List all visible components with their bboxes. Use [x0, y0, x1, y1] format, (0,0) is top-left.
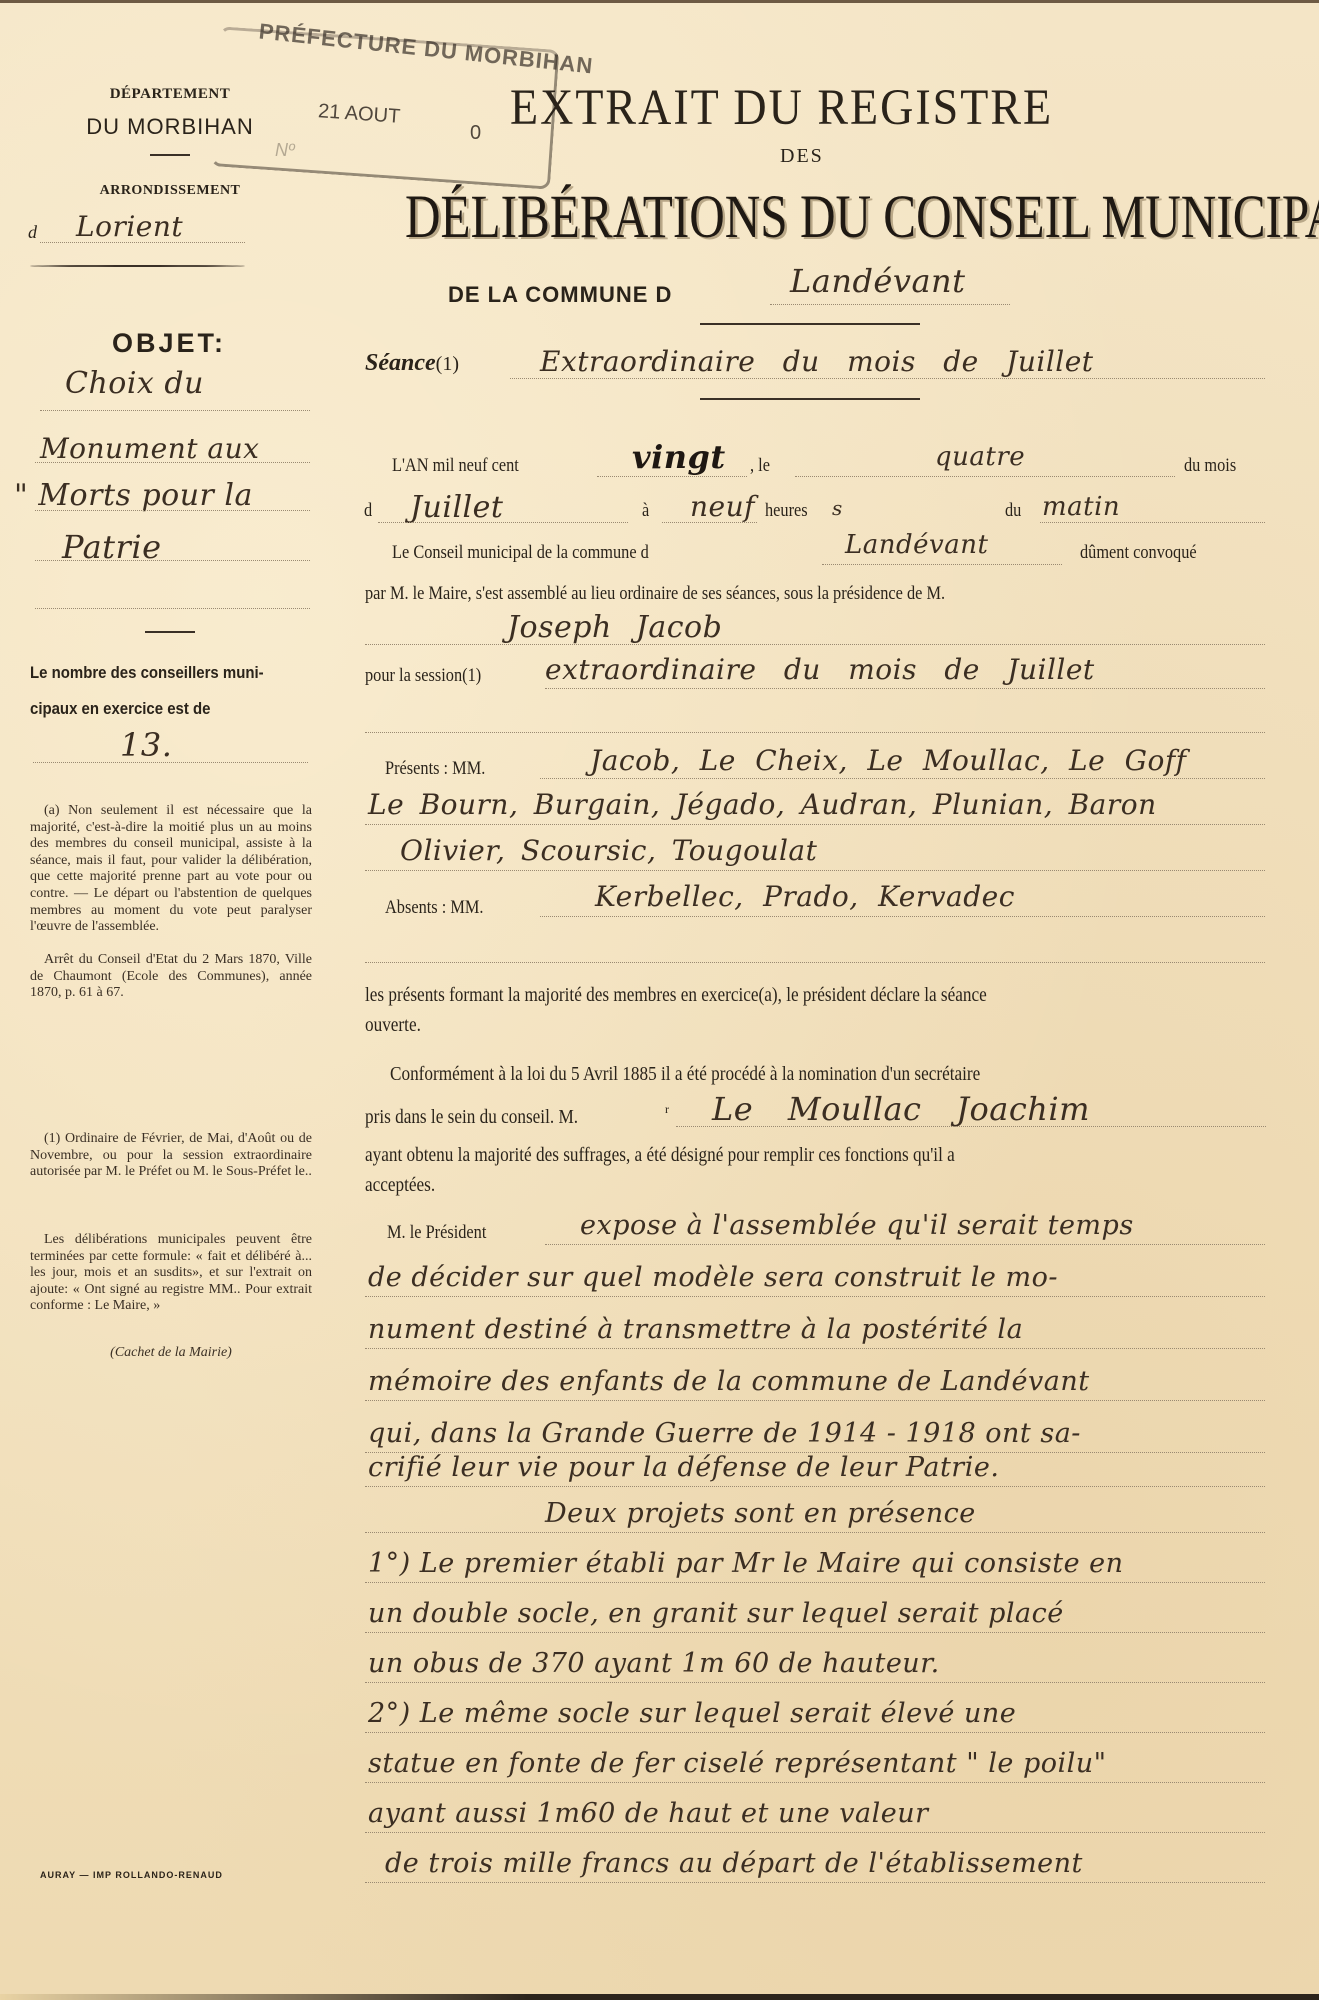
- dotted-line: [365, 1832, 1265, 1833]
- document-page: PRÉFECTURE DU MORBIHAN 21 AOUT 0 Nº DÉPA…: [0, 0, 1319, 2000]
- conseil-commune-value: Landévant: [845, 530, 988, 560]
- president-label: M. le Président: [387, 1222, 486, 1244]
- dotted-line: [795, 476, 1175, 477]
- presents-line-3: Olivier, Scoursic, Tougoulat: [400, 834, 817, 867]
- dotted-line: [540, 778, 1265, 779]
- dotted-line: [35, 462, 310, 463]
- dotted-line: [365, 962, 1265, 963]
- divider: [150, 154, 190, 156]
- dotted-line: [365, 644, 1265, 645]
- dotted-line: [365, 732, 1265, 733]
- dotted-line: [365, 1486, 1265, 1487]
- note-1: (1) Ordinaire de Février, de Mai, d'Août…: [30, 1131, 312, 1181]
- pris-suffix: r: [665, 1102, 669, 1117]
- mois-value: Juillet: [410, 490, 503, 525]
- deliberation-line-4: mémoire des enfants de la commune de Lan…: [368, 1366, 1090, 1397]
- divider: [700, 323, 920, 325]
- ornament-rule: [30, 265, 245, 267]
- session-label: pour la session(1): [365, 665, 481, 687]
- assemble-text: par M. le Maire, s'est assemblé au lieu …: [365, 583, 945, 605]
- dotted-line: [510, 378, 1265, 379]
- dotted-line: [597, 476, 747, 477]
- dotted-line: [662, 522, 757, 523]
- arrondissement-label: ARRONDISSEMENT: [70, 183, 270, 199]
- dotted-line: [365, 1296, 1265, 1297]
- ouverte-text: ouverte.: [365, 1014, 421, 1037]
- dotted-line: [378, 522, 628, 523]
- objet-line-1: Choix du: [65, 366, 204, 401]
- dotted-line: [365, 1582, 1265, 1583]
- conseillers-line-1: Le nombre des conseillers muni-: [30, 655, 312, 691]
- presents-label: Présents : MM.: [385, 758, 485, 780]
- dotted-line: [540, 916, 1265, 917]
- dotted-line: [40, 410, 310, 411]
- deliberation-line-11: 2°) Le même socle sur lequel serait élev…: [368, 1698, 1016, 1729]
- deliberation-line-9: un double socle, en granit sur lequel se…: [368, 1598, 1064, 1629]
- deliberation-line-6: crifié leur vie pour la défense de leur …: [368, 1452, 999, 1483]
- dotted-line: [35, 560, 310, 561]
- pris-text: pris dans le sein du conseil. M.: [365, 1106, 578, 1129]
- deliberation-line-1: expose à l'assemblée qu'il serait temps: [580, 1210, 1134, 1241]
- dotted-line: [1040, 522, 1265, 523]
- commune-label: DE LA COMMUNE D: [448, 282, 672, 308]
- conseillers-value: 13.: [120, 726, 172, 764]
- deliberation-line-14: de trois mille francs au départ de l'éta…: [385, 1848, 1083, 1879]
- ayant-text: ayant obtenu la majorité des suffrages, …: [365, 1144, 955, 1167]
- dotted-line: [365, 1532, 1265, 1533]
- conseil-label: Le Conseil municipal de la commune d: [392, 542, 649, 564]
- divider: [145, 631, 195, 633]
- printer-mark: AURAY — IMP ROLLANDO-RENAUD: [40, 1870, 223, 1880]
- majorite-text: les présents formant la majorité des mem…: [365, 984, 987, 1007]
- deliberation-line-8: 1°) Le premier établi par Mr le Maire qu…: [368, 1548, 1124, 1579]
- note-a: (a) Non seulement il est nécessaire que …: [30, 803, 312, 936]
- bottom-edge: [0, 1994, 1319, 2000]
- du-label: du: [1005, 500, 1021, 522]
- heures-label: heures: [765, 500, 808, 522]
- title-line-1: EXTRAIT DU REGISTRE: [510, 78, 1053, 136]
- absents-value: Kerbellec, Prado, Kervadec: [595, 880, 1015, 913]
- dotted-line: [365, 870, 1265, 871]
- jour-value: quatre: [935, 442, 1025, 472]
- deliberation-line-12: statue en fonte de fer ciselé représenta…: [368, 1748, 1107, 1779]
- convoque-label: dûment convoqué: [1080, 542, 1197, 564]
- dotted-line: [35, 510, 310, 511]
- dotted-line: [365, 1732, 1265, 1733]
- acceptees-text: acceptées.: [365, 1174, 435, 1197]
- dotted-line: [365, 824, 1265, 825]
- seance-field: Séance(1): [365, 350, 459, 377]
- dotted-line: [365, 1632, 1265, 1633]
- cachet-mairie: (Cachet de la Mairie): [30, 1345, 312, 1362]
- top-edge: [0, 0, 1319, 3]
- objet-line-2: Monument aux: [40, 432, 259, 465]
- dotted-line: [676, 1126, 1266, 1127]
- title-line-2: DES: [780, 145, 824, 168]
- objet-label: OBJET:: [112, 328, 226, 359]
- secretaire-value: Le Moullac Joachim: [712, 1090, 1090, 1128]
- secretaire-text: Conformément à la loi du 5 Avril 1885 il…: [390, 1063, 980, 1086]
- le-label: , le: [750, 455, 770, 477]
- departement-label: DÉPARTEMENT: [80, 86, 260, 103]
- d-label: d: [364, 500, 372, 522]
- absents-label: Absents : MM.: [385, 897, 484, 919]
- stamp-digit: 0: [470, 122, 481, 145]
- dotted-line: [35, 608, 310, 609]
- seance-value: Extraordinaire du mois de Juillet: [540, 345, 1094, 378]
- du-mois-label: du mois: [1184, 455, 1236, 477]
- a-label: à: [642, 500, 649, 522]
- heure-value: neuf: [690, 490, 755, 523]
- presents-line-1: Jacob, Le Cheix, Le Moullac, Le Goff: [590, 744, 1187, 777]
- dotted-line: [33, 762, 308, 763]
- stamp-no: Nº: [275, 140, 295, 161]
- president-value: Joseph Jacob: [507, 610, 722, 645]
- an-label: L'AN mil neuf cent: [392, 455, 519, 477]
- seance-label: Séance: [365, 350, 436, 376]
- note-formule: Les délibérations municipales peuvent êt…: [30, 1232, 312, 1315]
- conseillers-line-2: cipaux en exercice est de: [30, 691, 312, 727]
- dotted-line: [545, 1244, 1265, 1245]
- objet-line-3: " Morts pour la: [14, 478, 253, 513]
- dotted-line: [40, 242, 245, 243]
- dotted-line: [770, 304, 1010, 305]
- dotted-line: [365, 1782, 1265, 1783]
- deliberation-line-2: de décider sur quel modèle sera construi…: [368, 1262, 1058, 1293]
- seance-ref: (1): [436, 353, 459, 375]
- deliberation-line-7: Deux projets sont en présence: [545, 1498, 976, 1529]
- commune-value: Landévant: [790, 262, 965, 300]
- note-a-ref: Arrêt du Conseil d'Etat du 2 Mars 1870, …: [30, 952, 312, 1002]
- an-value: vingt: [632, 438, 726, 476]
- dotted-line: [365, 1882, 1265, 1883]
- session-value: extraordinaire du mois de Juillet: [545, 653, 1095, 686]
- heures-suffix: s: [832, 496, 843, 520]
- deliberation-line-5: qui, dans la Grande Guerre de 1914 - 191…: [368, 1418, 1081, 1449]
- moment-value: matin: [1042, 492, 1120, 522]
- divider: [700, 398, 920, 400]
- presents-line-2: Le Bourn, Burgain, Jégado, Audran, Pluni…: [368, 788, 1157, 821]
- deliberation-line-3: nument destiné à transmettre à la postér…: [368, 1314, 1023, 1345]
- dotted-line: [365, 1400, 1265, 1401]
- departement-value: DU MORBIHAN: [70, 114, 270, 140]
- dotted-line: [545, 688, 1265, 689]
- deliberation-line-10: un obus de 370 ayant 1m 60 de hauteur.: [368, 1648, 940, 1679]
- dotted-line: [365, 1682, 1265, 1683]
- title-line-3: DÉLIBÉRATIONS DU CONSEIL MUNICIPAL: [405, 182, 1319, 252]
- deliberation-line-13: ayant aussi 1m60 de haut et une valeur: [368, 1798, 929, 1829]
- conseillers-text: Le nombre des conseillers muni- cipaux e…: [30, 655, 312, 727]
- dotted-line: [822, 564, 1062, 565]
- arrondissement-value: Lorient: [76, 210, 183, 243]
- dotted-line: [365, 1348, 1265, 1349]
- arrondissement-prefix: d: [28, 222, 37, 243]
